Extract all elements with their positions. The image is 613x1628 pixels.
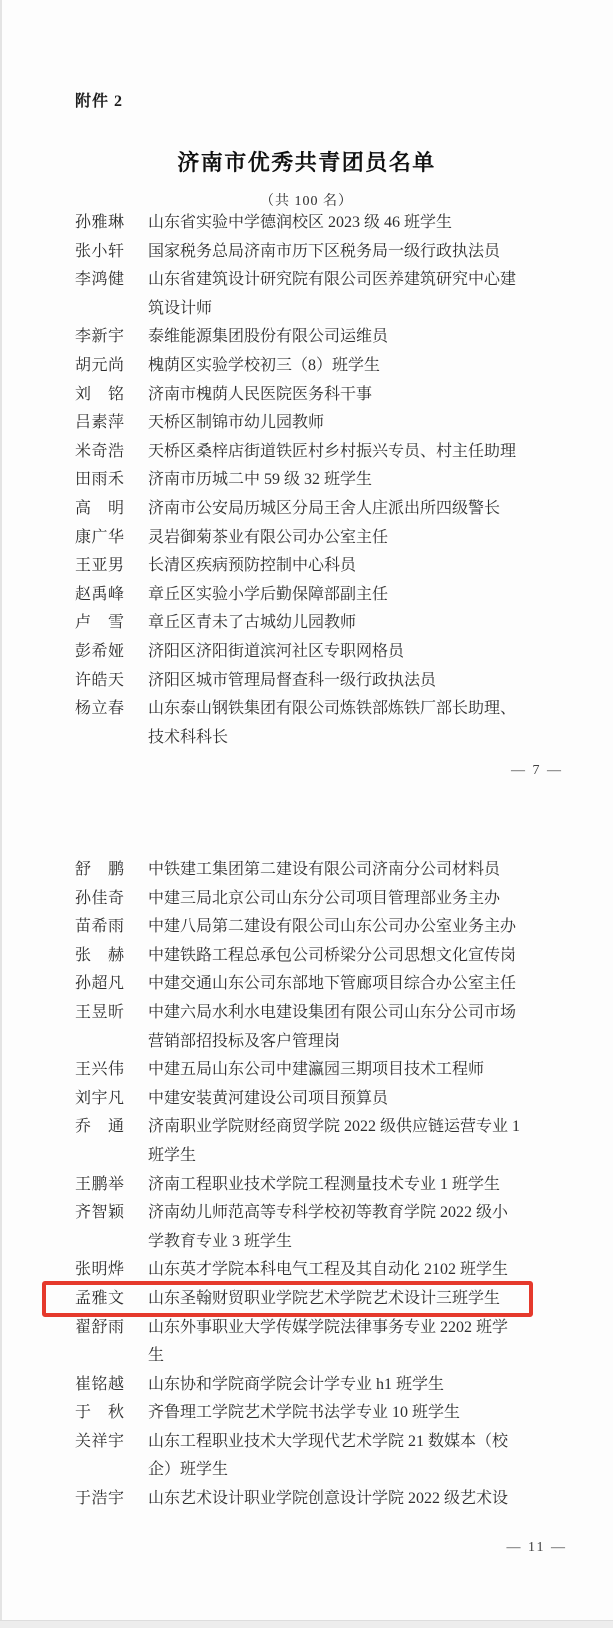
roster-row: 许皓天 济阳区城市管理局督查科一级行政执法员: [0, 667, 613, 696]
member-name: 卢 雪: [75, 609, 148, 638]
roster-row: 米奇浩 天桥区桑梓店街道铁匠村乡村振兴专员、村主任助理: [0, 438, 613, 467]
member-position: 齐鲁理工学院艺术学院书法学专业 10 班学生: [148, 1399, 613, 1428]
member-name: 赵禹峰: [75, 581, 148, 610]
roster-row: 张小轩 国家税务总局济南市历下区税务局一级行政执法员: [0, 238, 613, 267]
member-name: 关祥宇: [75, 1428, 148, 1485]
member-position: 山东省实验中学德润校区 2023 级 46 班学生: [148, 209, 613, 238]
member-position: 中铁建工集团第二建设有限公司济南分公司材料员: [148, 856, 613, 885]
roster-row: 张明烨 山东英才学院本科电气工程及其自动化 2102 班学生: [0, 1256, 613, 1285]
roster-row: 于浩宇 山东艺术设计职业学院创意设计学院 2022 级艺术设: [0, 1485, 613, 1514]
member-position: 济南市槐荫人民医院医务科干事: [148, 381, 613, 410]
roster-row: 舒 鹏 中铁建工集团第二建设有限公司济南分公司材料员: [0, 856, 613, 885]
position-line: 济南职业学院财经商贸学院 2022 级供应链运营专业 1: [148, 1113, 613, 1142]
page-number-11: — 11 —: [507, 1540, 567, 1556]
member-name: 崔铭越: [75, 1371, 148, 1400]
page-number-7: — 7 —: [511, 763, 563, 779]
position-line: 泰维能源集团股份有限公司运维员: [148, 323, 613, 352]
member-position: 济阳区济阳街道滨河社区专职网格员: [148, 638, 613, 667]
position-line: 济南市槐荫人民医院医务科干事: [148, 381, 613, 410]
roster-page-7: 孙雅琳 山东省实验中学德润校区 2023 级 46 班学生 张小轩 国家税务总局…: [0, 209, 613, 752]
roster-row: 王昱昕 中建六局水利水电建设集团有限公司山东分公司市场营销部招投标及客户管理岗: [0, 999, 613, 1056]
member-position: 山东圣翰财贸职业学院艺术学院艺术设计三班学生: [148, 1285, 613, 1314]
member-position: 山东工程职业技术大学现代艺术学院 21 数媒本（校企）班学生: [148, 1428, 613, 1485]
roster-row: 彭希娅 济阳区济阳街道滨河社区专职网格员: [0, 638, 613, 667]
member-position: 章丘区青未了古城幼儿园教师: [148, 609, 613, 638]
member-name: 乔 通: [75, 1113, 148, 1170]
member-position: 山东协和学院商学院会计学专业 h1 班学生: [148, 1371, 613, 1400]
member-position: 济南市公安局历城区分局王舍人庄派出所四级警长: [148, 495, 613, 524]
position-line: 山东工程职业技术大学现代艺术学院 21 数媒本（校: [148, 1428, 613, 1457]
roster-page-11: 舒 鹏 中铁建工集团第二建设有限公司济南分公司材料员 孙佳奇 中建三局北京公司山…: [0, 856, 613, 1514]
position-line: 中建铁路工程总承包公司桥梁分公司思想文化宣传岗: [148, 942, 613, 971]
member-name: 张明烨: [75, 1256, 148, 1285]
document-subtitle: （共 100 名）: [0, 190, 613, 210]
member-position: 天桥区桑梓店街道铁匠村乡村振兴专员、村主任助理: [148, 438, 613, 467]
position-line: 山东省建筑设计研究院有限公司医养建筑研究中心建: [148, 266, 613, 295]
position-line: 中建安装黄河建设公司项目预算员: [148, 1085, 613, 1114]
position-line: 济南市历城二中 59 级 32 班学生: [148, 466, 613, 495]
member-position: 中建六局水利水电建设集团有限公司山东分公司市场营销部招投标及客户管理岗: [148, 999, 613, 1056]
roster-row: 赵禹峰 章丘区实验小学后勤保障部副主任: [0, 581, 613, 610]
position-line: 济南工程职业技术学院工程测量技术专业 1 班学生: [148, 1171, 613, 1200]
position-line: 山东泰山钢铁集团有限公司炼铁部炼铁厂部长助理、: [148, 695, 613, 724]
member-position: 济阳区城市管理局督查科一级行政执法员: [148, 667, 613, 696]
member-name: 李鸿健: [75, 266, 148, 323]
position-line: 槐荫区实验学校初三（8）班学生: [148, 352, 613, 381]
member-name: 胡元尚: [75, 352, 148, 381]
roster-row-highlighted: 孟雅文 山东圣翰财贸职业学院艺术学院艺术设计三班学生: [0, 1285, 613, 1314]
page-bottom-edge: [0, 1620, 613, 1628]
member-name: 田雨禾: [75, 466, 148, 495]
roster-row: 杨立春 山东泰山钢铁集团有限公司炼铁部炼铁厂部长助理、技术科科长: [0, 695, 613, 752]
roster-row: 卢 雪 章丘区青未了古城幼儿园教师: [0, 609, 613, 638]
position-line: 山东协和学院商学院会计学专业 h1 班学生: [148, 1371, 613, 1400]
member-name: 刘宇凡: [75, 1085, 148, 1114]
member-name: 张 赫: [75, 942, 148, 971]
position-line: 章丘区实验小学后勤保障部副主任: [148, 581, 613, 610]
member-name: 杨立春: [75, 695, 148, 752]
position-line: 章丘区青未了古城幼儿园教师: [148, 609, 613, 638]
roster-row: 张 赫 中建铁路工程总承包公司桥梁分公司思想文化宣传岗: [0, 942, 613, 971]
position-line: 山东圣翰财贸职业学院艺术学院艺术设计三班学生: [148, 1285, 613, 1314]
member-name: 王昱昕: [75, 999, 148, 1056]
member-position: 济南工程职业技术学院工程测量技术专业 1 班学生: [148, 1171, 613, 1200]
member-position: 天桥区制锦市幼儿园教师: [148, 409, 613, 438]
member-name: 许皓天: [75, 667, 148, 696]
roster-row: 王鹏举 济南工程职业技术学院工程测量技术专业 1 班学生: [0, 1171, 613, 1200]
member-position: 槐荫区实验学校初三（8）班学生: [148, 352, 613, 381]
position-line: 济阳区城市管理局督查科一级行政执法员: [148, 667, 613, 696]
member-name: 李新宇: [75, 323, 148, 352]
member-name: 孙超凡: [75, 970, 148, 999]
member-name: 翟舒雨: [75, 1314, 148, 1371]
member-name: 孟雅文: [75, 1285, 148, 1314]
member-position: 国家税务总局济南市历下区税务局一级行政执法员: [148, 238, 613, 267]
position-line: 济南幼儿师范高等专科学校初等教育学院 2022 级小: [148, 1199, 613, 1228]
roster-row: 孙超凡 中建交通山东公司东部地下管廊项目综合办公室主任: [0, 970, 613, 999]
roster-row: 吕素萍 天桥区制锦市幼儿园教师: [0, 409, 613, 438]
member-position: 中建交通山东公司东部地下管廊项目综合办公室主任: [148, 970, 613, 999]
position-line: 山东艺术设计职业学院创意设计学院 2022 级艺术设: [148, 1485, 613, 1514]
position-line: 灵岩御菊茶业有限公司办公室主任: [148, 524, 613, 553]
attachment-label: 附件 2: [75, 88, 123, 111]
position-line: 营销部招投标及客户管理岗: [148, 1028, 613, 1057]
roster-row: 齐智颖 济南幼儿师范高等专科学校初等教育学院 2022 级小学教育专业 3 班学…: [0, 1199, 613, 1256]
roster-row: 胡元尚 槐荫区实验学校初三（8）班学生: [0, 352, 613, 381]
member-name: 王亚男: [75, 552, 148, 581]
position-line: 济南市公安局历城区分局王舍人庄派出所四级警长: [148, 495, 613, 524]
position-line: 筑设计师: [148, 295, 613, 324]
member-name: 刘 铭: [75, 381, 148, 410]
member-position: 济南市历城二中 59 级 32 班学生: [148, 466, 613, 495]
document-title: 济南市优秀共青团员名单: [0, 146, 613, 177]
roster-row: 康广华 灵岩御菊茶业有限公司办公室主任: [0, 524, 613, 553]
roster-row: 刘宇凡 中建安装黄河建设公司项目预算员: [0, 1085, 613, 1114]
roster-row: 翟舒雨 山东外事职业大学传媒学院法律事务专业 2202 班学生: [0, 1314, 613, 1371]
member-name: 彭希娅: [75, 638, 148, 667]
member-name: 康广华: [75, 524, 148, 553]
member-position: 中建八局第二建设有限公司山东公司办公室业务主办: [148, 913, 613, 942]
position-line: 天桥区制锦市幼儿园教师: [148, 409, 613, 438]
position-line: 技术科科长: [148, 724, 613, 753]
member-position: 山东艺术设计职业学院创意设计学院 2022 级艺术设: [148, 1485, 613, 1514]
position-line: 生: [148, 1342, 613, 1371]
position-line: 中建五局山东公司中建瀛园三期项目技术工程师: [148, 1056, 613, 1085]
position-line: 中建交通山东公司东部地下管廊项目综合办公室主任: [148, 970, 613, 999]
position-line: 齐鲁理工学院艺术学院书法学专业 10 班学生: [148, 1399, 613, 1428]
member-position: 中建五局山东公司中建瀛园三期项目技术工程师: [148, 1056, 613, 1085]
roster-row: 李鸿健 山东省建筑设计研究院有限公司医养建筑研究中心建筑设计师: [0, 266, 613, 323]
roster-row: 高 明 济南市公安局历城区分局王舍人庄派出所四级警长: [0, 495, 613, 524]
member-position: 中建三局北京公司山东分公司项目管理部业务主办: [148, 885, 613, 914]
position-line: 企）班学生: [148, 1456, 613, 1485]
member-name: 苗希雨: [75, 913, 148, 942]
position-line: 中建三局北京公司山东分公司项目管理部业务主办: [148, 885, 613, 914]
position-line: 山东英才学院本科电气工程及其自动化 2102 班学生: [148, 1256, 613, 1285]
member-name: 孙雅琳: [75, 209, 148, 238]
position-line: 天桥区桑梓店街道铁匠村乡村振兴专员、村主任助理: [148, 438, 613, 467]
position-line: 中铁建工集团第二建设有限公司济南分公司材料员: [148, 856, 613, 885]
member-position: 泰维能源集团股份有限公司运维员: [148, 323, 613, 352]
member-position: 章丘区实验小学后勤保障部副主任: [148, 581, 613, 610]
member-name: 舒 鹏: [75, 856, 148, 885]
member-name: 齐智颖: [75, 1199, 148, 1256]
member-position: 山东省建筑设计研究院有限公司医养建筑研究中心建筑设计师: [148, 266, 613, 323]
roster-row: 孙佳奇 中建三局北京公司山东分公司项目管理部业务主办: [0, 885, 613, 914]
roster-row: 于 秋 齐鲁理工学院艺术学院书法学专业 10 班学生: [0, 1399, 613, 1428]
roster-row: 苗希雨 中建八局第二建设有限公司山东公司办公室业务主办: [0, 913, 613, 942]
member-position: 中建安装黄河建设公司项目预算员: [148, 1085, 613, 1114]
position-line: 济阳区济阳街道滨河社区专职网格员: [148, 638, 613, 667]
member-position: 济南幼儿师范高等专科学校初等教育学院 2022 级小学教育专业 3 班学生: [148, 1199, 613, 1256]
member-position: 济南职业学院财经商贸学院 2022 级供应链运营专业 1班学生: [148, 1113, 613, 1170]
member-position: 山东英才学院本科电气工程及其自动化 2102 班学生: [148, 1256, 613, 1285]
position-line: 国家税务总局济南市历下区税务局一级行政执法员: [148, 238, 613, 267]
member-position: 山东泰山钢铁集团有限公司炼铁部炼铁厂部长助理、技术科科长: [148, 695, 613, 752]
member-name: 孙佳奇: [75, 885, 148, 914]
document-scan: 附件 2 济南市优秀共青团员名单 （共 100 名） 孙雅琳 山东省实验中学德润…: [0, 0, 613, 1628]
position-line: 长清区疾病预防控制中心科员: [148, 552, 613, 581]
position-line: 中建六局水利水电建设集团有限公司山东分公司市场: [148, 999, 613, 1028]
roster-row: 王兴伟 中建五局山东公司中建瀛园三期项目技术工程师: [0, 1056, 613, 1085]
roster-row: 乔 通 济南职业学院财经商贸学院 2022 级供应链运营专业 1班学生: [0, 1113, 613, 1170]
roster-row: 李新宇 泰维能源集团股份有限公司运维员: [0, 323, 613, 352]
roster-row: 田雨禾 济南市历城二中 59 级 32 班学生: [0, 466, 613, 495]
member-name: 米奇浩: [75, 438, 148, 467]
member-name: 王鹏举: [75, 1171, 148, 1200]
member-position: 灵岩御菊茶业有限公司办公室主任: [148, 524, 613, 553]
position-line: 班学生: [148, 1142, 613, 1171]
position-line: 山东省实验中学德润校区 2023 级 46 班学生: [148, 209, 613, 238]
member-name: 张小轩: [75, 238, 148, 267]
member-name: 于 秋: [75, 1399, 148, 1428]
roster-row: 崔铭越 山东协和学院商学院会计学专业 h1 班学生: [0, 1371, 613, 1400]
roster-row: 刘 铭 济南市槐荫人民医院医务科干事: [0, 381, 613, 410]
member-position: 中建铁路工程总承包公司桥梁分公司思想文化宣传岗: [148, 942, 613, 971]
position-line: 中建八局第二建设有限公司山东公司办公室业务主办: [148, 913, 613, 942]
member-position: 山东外事职业大学传媒学院法律事务专业 2202 班学生: [148, 1314, 613, 1371]
position-line: 山东外事职业大学传媒学院法律事务专业 2202 班学: [148, 1314, 613, 1343]
member-name: 于浩宇: [75, 1485, 148, 1514]
member-name: 王兴伟: [75, 1056, 148, 1085]
position-line: 学教育专业 3 班学生: [148, 1228, 613, 1257]
roster-row: 王亚男 长清区疾病预防控制中心科员: [0, 552, 613, 581]
roster-row: 孙雅琳 山东省实验中学德润校区 2023 级 46 班学生: [0, 209, 613, 238]
member-name: 高 明: [75, 495, 148, 524]
member-name: 吕素萍: [75, 409, 148, 438]
member-position: 长清区疾病预防控制中心科员: [148, 552, 613, 581]
roster-row: 关祥宇 山东工程职业技术大学现代艺术学院 21 数媒本（校企）班学生: [0, 1428, 613, 1485]
